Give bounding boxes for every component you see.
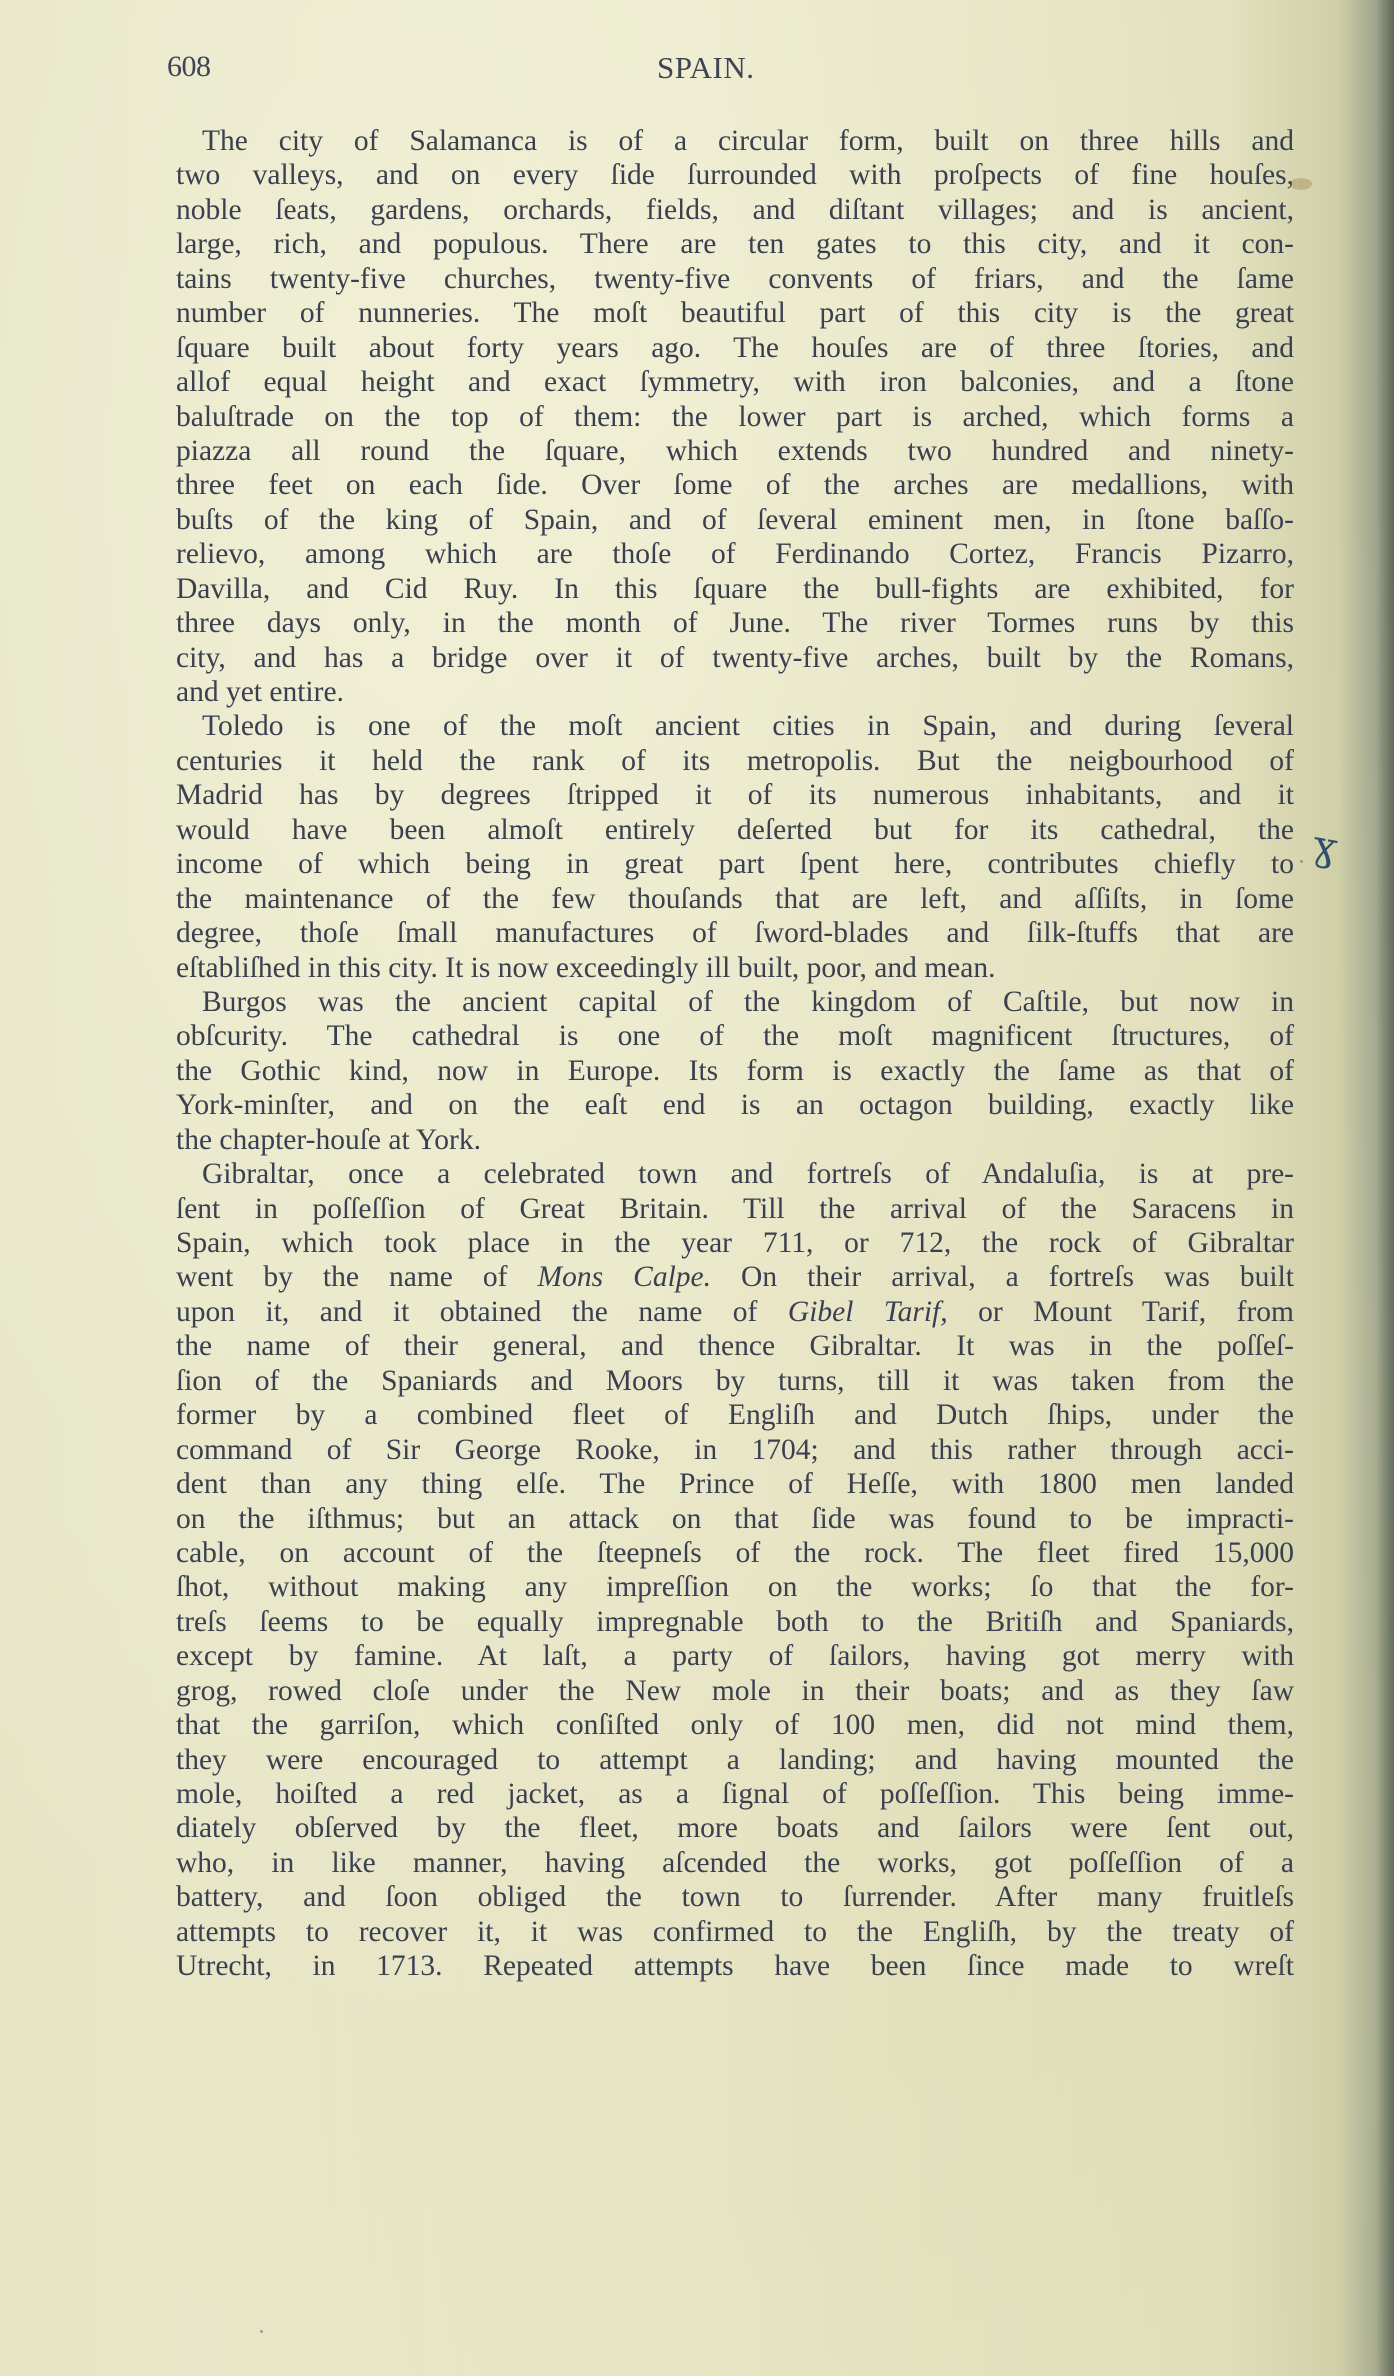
text-line: Gibraltar, once a celebrated town and fo… <box>176 1157 1294 1191</box>
text-line: that the garriſon, which conſiſted only … <box>176 1708 1294 1742</box>
text-line: Spain, which took place in the year 711,… <box>176 1226 1294 1260</box>
page-number: 608 <box>167 50 211 84</box>
text-line: income of which being in great part ſpen… <box>176 847 1294 881</box>
text-line: city, and has a bridge over it of twenty… <box>176 641 1294 675</box>
paper-speck <box>1120 490 1123 493</box>
text-line: and yet entire. <box>176 675 1294 709</box>
text-line: ſhot, without making any impreſſion on t… <box>176 1570 1294 1604</box>
text-line <box>176 1984 1294 2018</box>
text-line: large, rich, and populous. There are ten… <box>176 227 1294 261</box>
text-line: attempts to recover it, it was confirmed… <box>176 1915 1294 1949</box>
text-line: diately obſerved by the fleet, more boat… <box>176 1811 1294 1845</box>
text-line: degree, thoſe ſmall manufactures of ſwor… <box>176 916 1294 950</box>
text-line: mole, hoiſted a red jacket, as a ſignal … <box>176 1777 1294 1811</box>
book-page: 608 SPAIN. The city of Salamanca is of a… <box>0 0 1394 2376</box>
page-header-title: SPAIN. <box>657 50 754 86</box>
text-line: the Gothic kind, now in Europe. Its form… <box>176 1054 1294 1088</box>
margin-ink-mark-icon: ɣ <box>1310 825 1333 867</box>
text-line: obſcurity. The cathedral is one of the m… <box>176 1019 1294 1053</box>
text-line: centuries it held the rank of its metrop… <box>176 744 1294 778</box>
text-line: three days only, in the month of June. T… <box>176 606 1294 640</box>
text-line: ſquare built about forty years ago. The … <box>176 331 1294 365</box>
italic-term: Gibel Tarif, <box>788 1296 948 1328</box>
text-line: cable, on account of the ſteepneſs of th… <box>176 1536 1294 1570</box>
paper-speck <box>1300 860 1303 863</box>
text-line: the name of their general, and thence Gi… <box>176 1329 1294 1363</box>
text-line: except by famine. At laſt, a party of ſa… <box>176 1639 1294 1673</box>
text-line: treſs ſeems to be equally impregnable bo… <box>176 1605 1294 1639</box>
text-line: battery, and ſoon obliged the town to ſu… <box>176 1880 1294 1914</box>
paper-speck <box>260 2330 263 2333</box>
text-line: eſtabliſhed in this city. It is now exce… <box>176 951 1294 985</box>
text-line: buſts of the king of Spain, and of ſever… <box>176 503 1294 537</box>
text-line: they were encouraged to attempt a landin… <box>176 1743 1294 1777</box>
text-line: command of Sir George Rooke, in 1704; an… <box>176 1433 1294 1467</box>
page-gutter-shadow <box>1376 0 1394 2376</box>
paper-stain <box>1290 178 1312 190</box>
text-line: baluſtrade on the top of them: the lower… <box>176 400 1294 434</box>
body-text: The city of Salamanca is of a circular f… <box>176 124 1294 2018</box>
text-line: the maintenance of the few thouſands tha… <box>176 882 1294 916</box>
text-line: on the iſthmus; but an attack on that ſi… <box>176 1502 1294 1536</box>
text-line: Toledo is one of the moſt ancient cities… <box>176 709 1294 743</box>
text-line: who, in like manner, having aſcended the… <box>176 1846 1294 1880</box>
text-line: Burgos was the ancient capital of the ki… <box>176 985 1294 1019</box>
running-head: 608 SPAIN. <box>167 50 1287 90</box>
text-line: relievo, among which are thoſe of Ferdin… <box>176 537 1294 571</box>
text-line: tains twenty-five churches, twenty-five … <box>176 262 1294 296</box>
text-line: ſion of the Spaniards and Moors by turns… <box>176 1364 1294 1398</box>
text-line: piazza all round the ſquare, which exten… <box>176 434 1294 468</box>
italic-term: Mons Calpe. <box>538 1261 711 1293</box>
text-line: Davilla, and Cid Ruy. In this ſquare the… <box>176 572 1294 606</box>
text-line: dent than any thing elſe. The Prince of … <box>176 1467 1294 1501</box>
text-line: noble ſeats, gardens, orchards, fields, … <box>176 193 1294 227</box>
text-line: two valleys, and on every ſide ſurrounde… <box>176 158 1294 192</box>
text-line: number of nunneries. The moſt beautiful … <box>176 296 1294 330</box>
text-line: three feet on each ſide. Over ſome of th… <box>176 468 1294 502</box>
text-line: grog, rowed cloſe under the New mole in … <box>176 1674 1294 1708</box>
text-line: the chapter-houſe at York. <box>176 1123 1294 1157</box>
text-line: Madrid has by degrees ſtripped it of its… <box>176 778 1294 812</box>
text-line: ſent in poſſeſſion of Great Britain. Til… <box>176 1192 1294 1226</box>
text-line: would have been almoſt entirely deſerted… <box>176 813 1294 847</box>
text-line: York-minſter, and on the eaſt end is an … <box>176 1088 1294 1122</box>
text-line-with-italic: went by the name of Mons Calpe. On their… <box>176 1260 1294 1294</box>
text-line: allof equal height and exact ſymmetry, w… <box>176 365 1294 399</box>
text-line: The city of Salamanca is of a circular f… <box>176 124 1294 158</box>
text-line: former by a combined fleet of Engliſh an… <box>176 1398 1294 1432</box>
text-line: Utrecht, in 1713. Repeated attempts have… <box>176 1949 1294 1983</box>
text-line-with-italic: upon it, and it obtained the name of Gib… <box>176 1295 1294 1329</box>
